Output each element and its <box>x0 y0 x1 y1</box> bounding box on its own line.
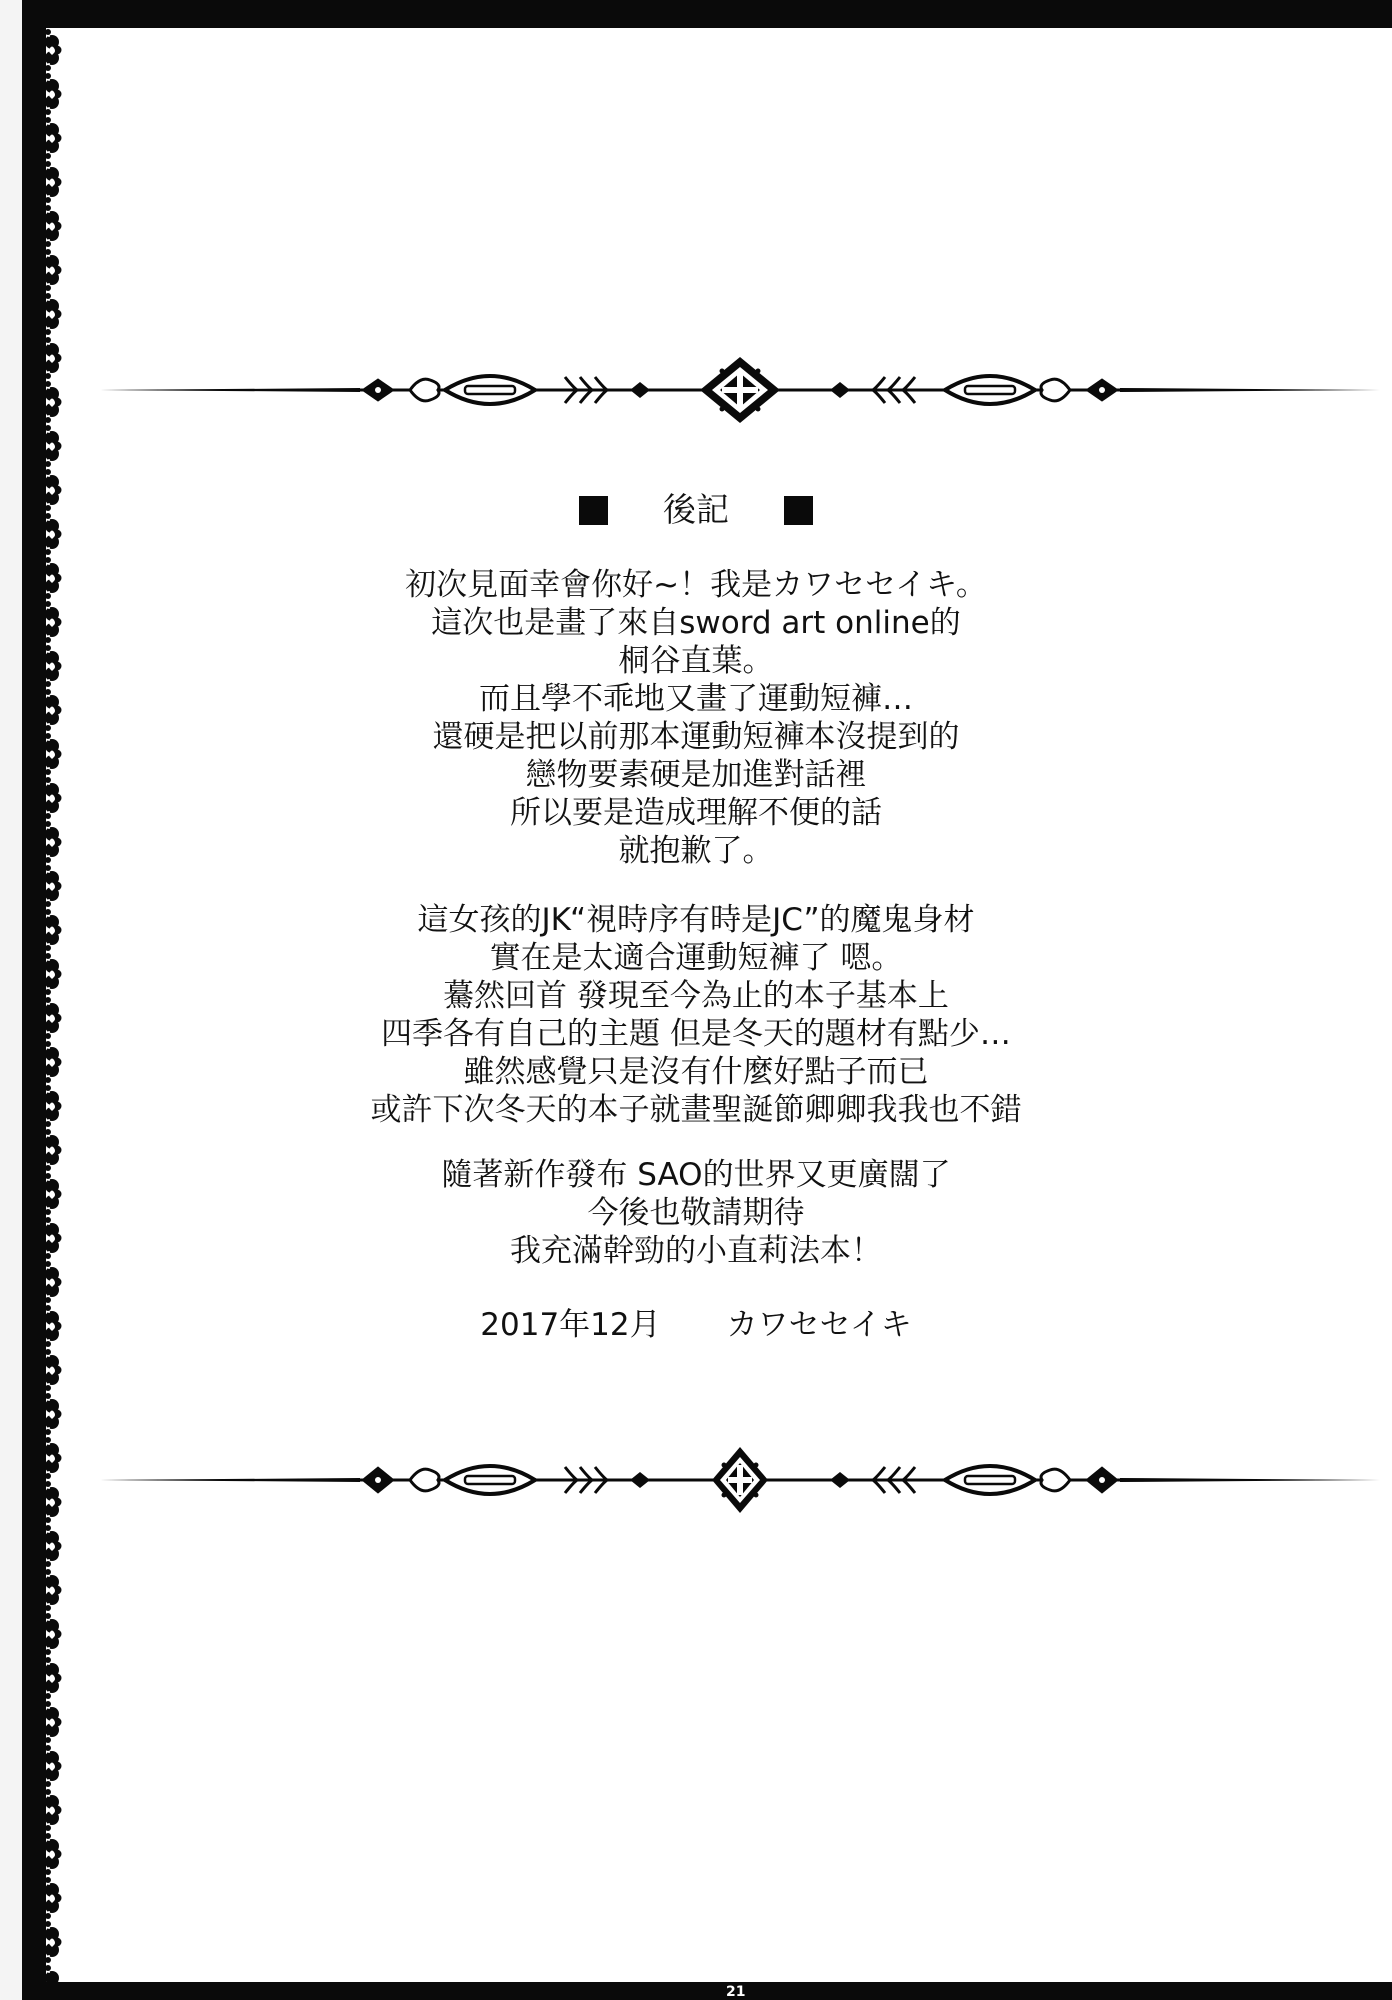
text-line: 我充滿幹勁的小直莉法本！ <box>0 1232 1392 1270</box>
text-line: 今後也敬請期待 <box>0 1194 1392 1232</box>
text-line: 桐谷直葉。 <box>0 642 1392 680</box>
page-number: 21 <box>726 1984 745 2000</box>
text-line: 四季各有自己的主題 但是冬天的題材有點少… <box>0 1015 1392 1053</box>
signature-date: 2017年12月 <box>480 1307 660 1343</box>
text-line: 或許下次冬天的本子就畫聖誕節卿卿我我也不錯 <box>0 1091 1392 1129</box>
square-marker-icon <box>784 496 813 525</box>
text-line: 實在是太適合運動短褲了 嗯。 <box>0 939 1392 977</box>
text-line: 還硬是把以前那本運動短褲本沒提到的 <box>0 718 1392 756</box>
text-line: 雖然感覺只是沒有什麼好點子而已 <box>0 1053 1392 1091</box>
text-line: 初次見面幸會你好~！我是カワセセイキ。 <box>0 566 1392 604</box>
ornament-divider-top <box>100 355 1380 425</box>
text-line: 而且學不乖地又畫了運動短褲… <box>0 680 1392 718</box>
text-line: 這女孩的JK“視時序有時是JC”的魔鬼身材 <box>0 901 1392 939</box>
frame-bottom-bar <box>22 1982 1392 2000</box>
text-line: 這次也是畫了來自sword art online的 <box>0 604 1392 642</box>
text-line: 所以要是造成理解不便的話 <box>0 794 1392 832</box>
page-title: 後記 <box>663 488 729 532</box>
text-line: 就抱歉了。 <box>0 832 1392 870</box>
square-marker-icon <box>579 496 608 525</box>
text-line: 驀然回首 發現至今為止的本子基本上 <box>0 977 1392 1015</box>
ornament-divider-bottom <box>100 1445 1380 1515</box>
text-line: 戀物要素硬是加進對話裡 <box>0 756 1392 794</box>
afterword-heading: 後記 <box>0 488 1392 532</box>
frame-top-bar <box>22 0 1392 28</box>
signature: 2017年12月カワセセイキ <box>0 1306 1392 1344</box>
signature-author: カワセセイキ <box>727 1307 912 1343</box>
text-line: 隨著新作發布 SAO的世界又更廣闊了 <box>0 1156 1392 1194</box>
